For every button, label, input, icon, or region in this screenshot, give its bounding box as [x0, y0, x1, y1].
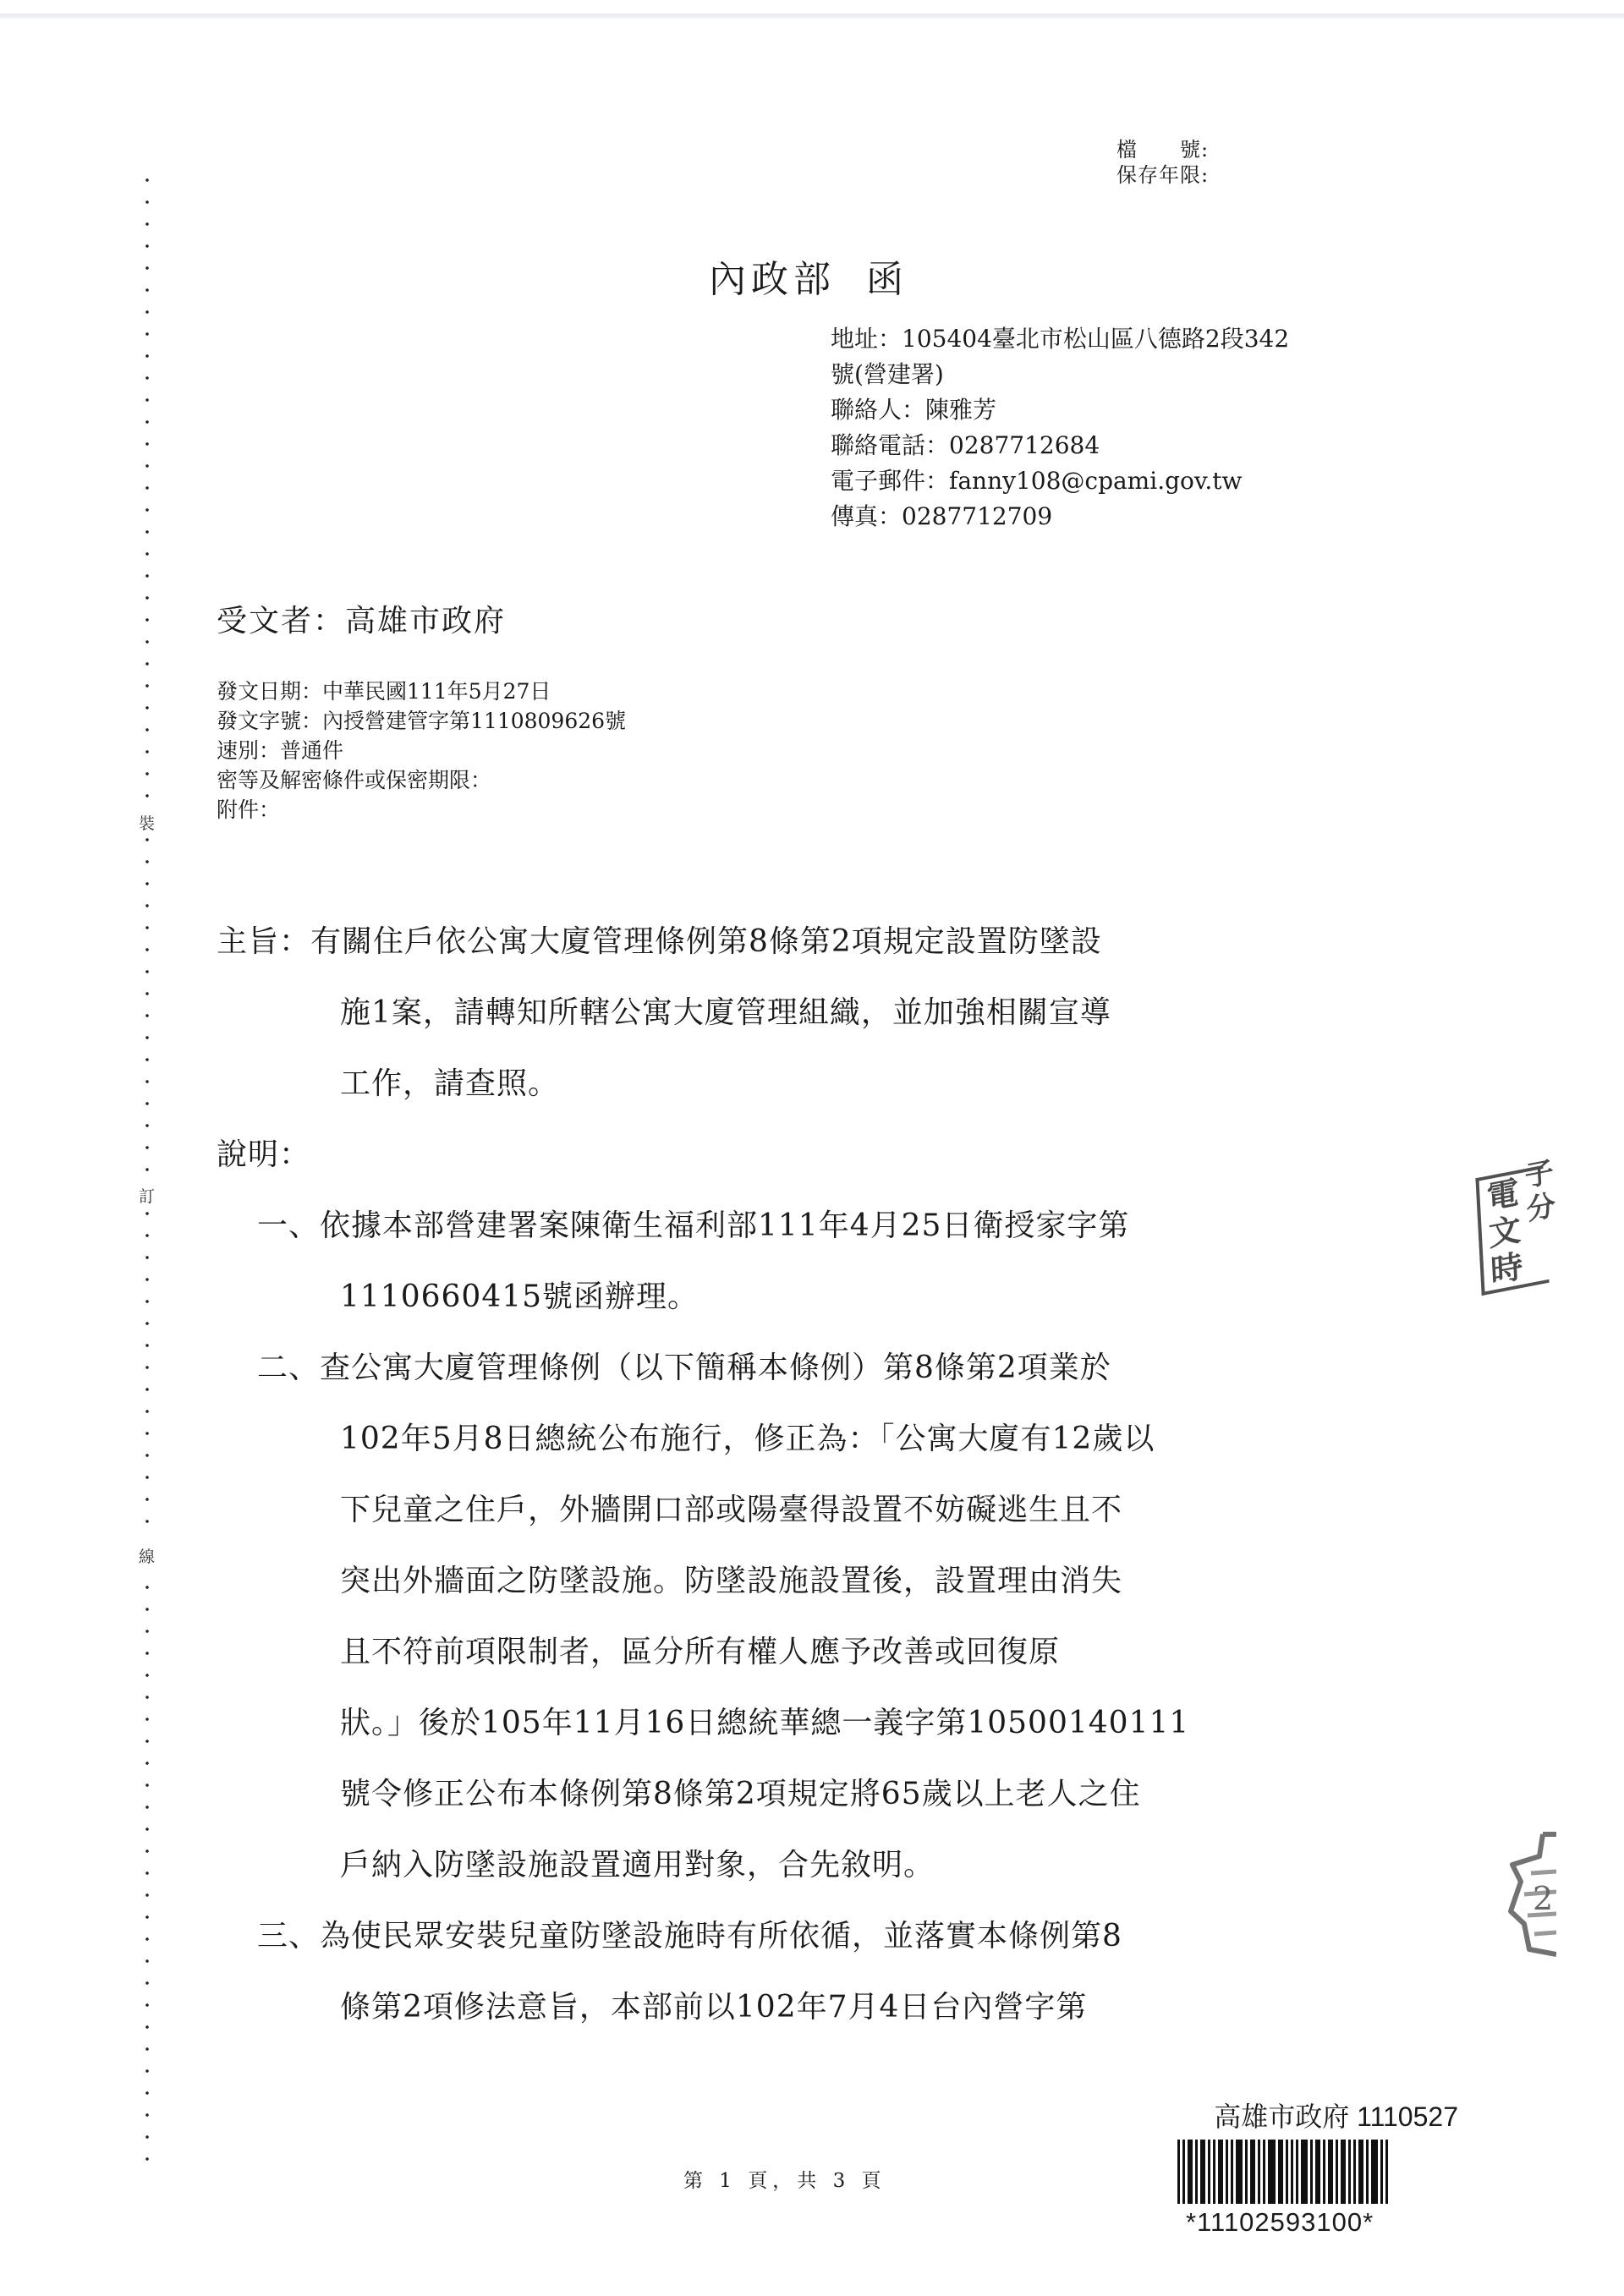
binding-label-line: 線	[139, 1541, 155, 1570]
page-seam-stamp: 2	[1506, 1831, 1556, 1958]
explanation-item-1-cont: 1110660415號函辦理。	[217, 1262, 1435, 1333]
explanation-heading: 說明：	[217, 1120, 1435, 1191]
barcode-number: *11102593100*	[1174, 2207, 1462, 2238]
retention-period-label: 保存年限:	[1116, 162, 1209, 188]
document-meta: 發文日期：中華民國111年5月27日 發文字號：內授營建管字第111080962…	[217, 677, 626, 825]
explanation-item-2-cont: 102年5月8日總統公布施行，修正為：「公寓大廈有12歲以	[217, 1404, 1435, 1475]
document-body: 主旨：有關住戶依公寓大廈管理條例第8條第2項規定設置防墜設 施1案，請轉知所轄公…	[217, 907, 1435, 2043]
receipt-barcode: 高雄市政府 1110527 *11102593100*	[1174, 2096, 1462, 2238]
explanation-item-1: 一、依據本部營建署案陳衛生福利部111年4月25日衛授家字第	[217, 1191, 1435, 1262]
subject-line: 主旨：有關住戶依公寓大廈管理條例第8條第2項規定設置防墜設	[217, 907, 1435, 978]
secrecy-level: 密等及解密條件或保密期限：	[217, 765, 626, 795]
subject-line: 施1案，請轉知所轄公寓大廈管理組織，並加強相關宣導	[217, 978, 1435, 1049]
explanation-item-2-cont: 下兒童之住戶，外牆開口部或陽臺得設置不妨礙逃生且不	[217, 1475, 1435, 1546]
document-type: 函	[866, 258, 908, 301]
recipient: 受文者：高雄市政府	[217, 597, 506, 640]
explanation-item-2-cont: 號令修正公布本條例第8條第2項規定將65歲以上老人之住	[217, 1759, 1435, 1830]
archive-fields: 檔 號: 保存年限:	[1116, 137, 1209, 188]
subject-line: 工作，請查照。	[217, 1049, 1435, 1120]
issue-date: 發文日期：中華民國111年5月27日	[217, 677, 626, 706]
contact-fax: 傳真：0287712709	[831, 499, 1289, 534]
binding-label-bind: 裝	[139, 808, 155, 837]
contact-phone: 聯絡電話：0287712684	[831, 428, 1289, 463]
explanation-item-3: 三、為使民眾安裝兒童防墜設施時有所依循，並落實本條例第8	[217, 1901, 1435, 1972]
explanation-item-2-cont: 突出外牆面之防墜設施。防墜設施設置後，設置理由消失	[217, 1546, 1435, 1617]
contact-person: 聯絡人：陳雅芳	[831, 392, 1289, 428]
binding-dotted-line	[145, 169, 149, 2165]
page-indicator: 第 1 頁，共 3 頁	[683, 2165, 886, 2193]
scan-edge	[0, 14, 1624, 19]
explanation-item-2-cont: 戶納入防墜設施設置適用對象，合先敘明。	[217, 1830, 1435, 1901]
delivery-speed: 速別：普通件	[217, 736, 626, 765]
received-time-stamp: 電 文 時 子 分	[1475, 1165, 1549, 1296]
contact-block: 地址：105404臺北市松山區八德路2段342 號(營建署) 聯絡人：陳雅芳 聯…	[831, 321, 1289, 534]
explanation-item-2: 二、查公寓大廈管理條例（以下簡稱本條例）第8條第2項業於	[217, 1333, 1435, 1404]
binding-label-staple: 訂	[139, 1181, 155, 1210]
address-line-1: 地址：105404臺北市松山區八德路2段342	[831, 321, 1289, 357]
seam-page-number: 2	[1533, 1880, 1553, 1917]
document-title: 內政部函	[709, 249, 908, 303]
document-number: 發文字號：內授營建管字第1110809626號	[217, 706, 626, 736]
explanation-item-3-cont: 條第2項修法意旨，本部前以102年7月4日台內營字第	[217, 1972, 1435, 2043]
barcode-bars-icon	[1177, 2140, 1418, 2204]
address-line-2: 號(營建署)	[831, 357, 1289, 392]
file-number-label: 檔 號:	[1116, 137, 1209, 162]
barcode-title: 高雄市政府 1110527	[1174, 2096, 1462, 2134]
attachments: 附件：	[217, 795, 626, 825]
issuing-agency: 內政部	[709, 258, 836, 301]
contact-email: 電子郵件：fanny108@cpami.gov.tw	[831, 463, 1289, 499]
explanation-item-2-cont: 且不符前項限制者，區分所有權人應予改善或回復原	[217, 1617, 1435, 1688]
explanation-item-2-cont: 狀。」後於105年11月16日總統華總一義字第10500140111	[217, 1688, 1435, 1759]
